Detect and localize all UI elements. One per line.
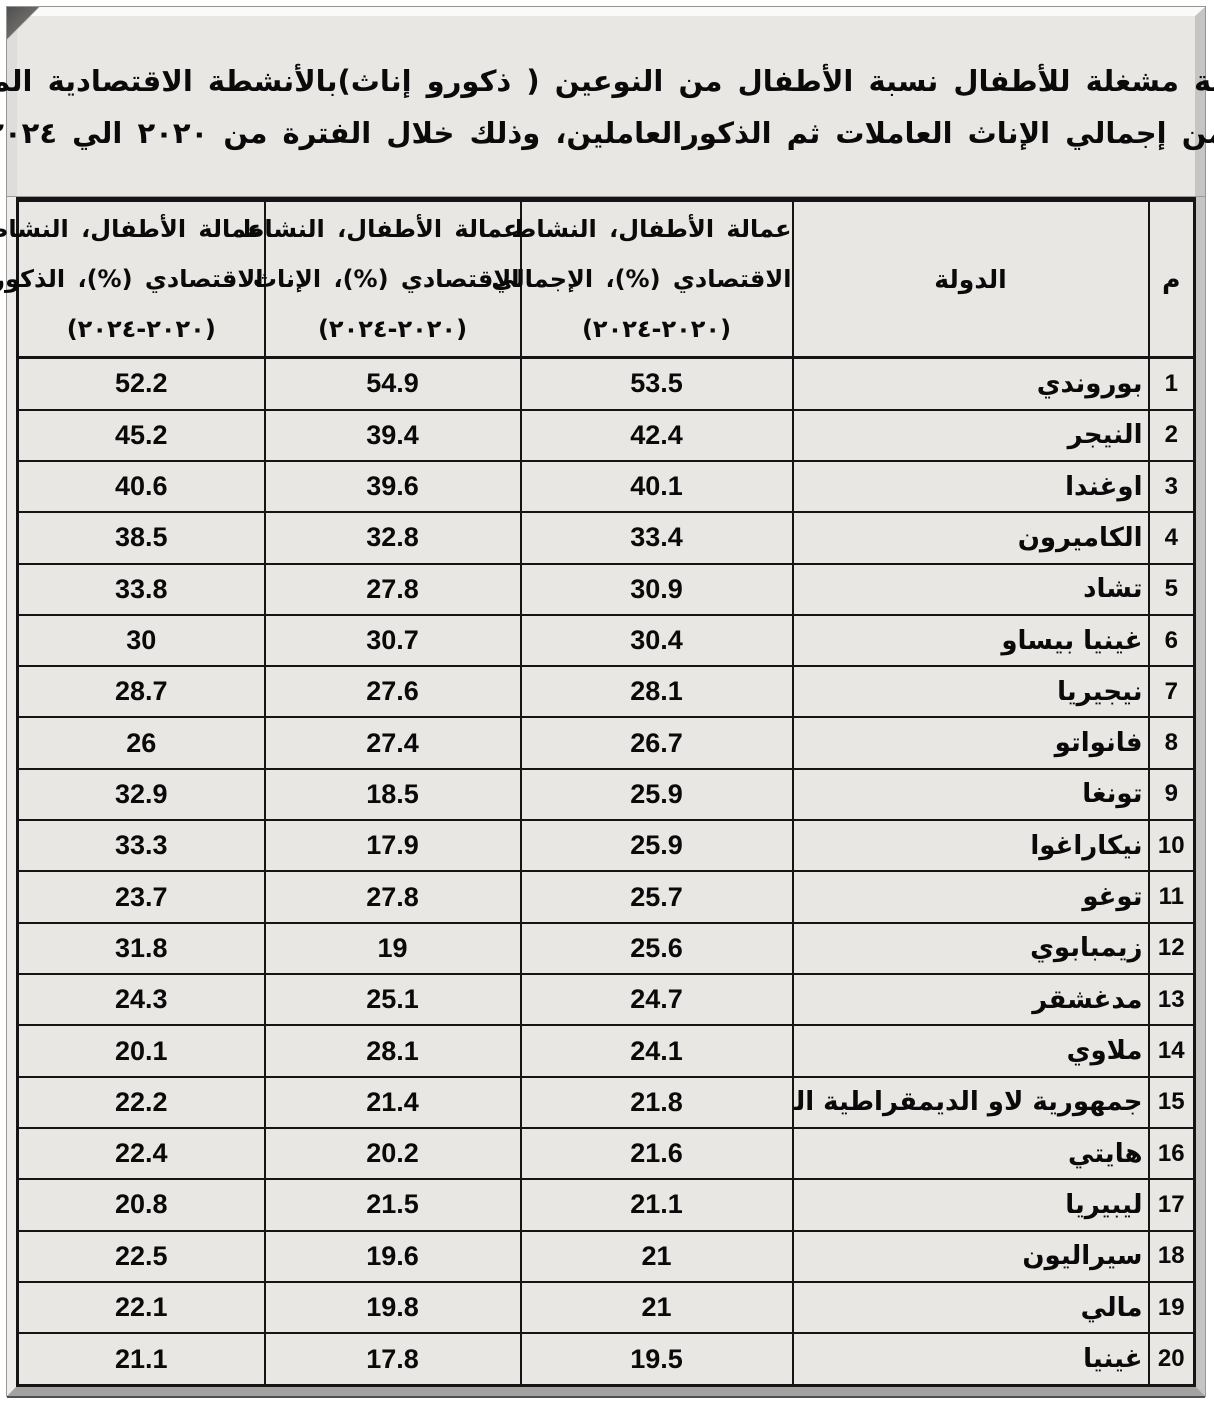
- header-male: عمالة الأطفال، النشاط الاقتصادي (%)، الذ…: [18, 200, 265, 358]
- male-value: 28.7: [18, 666, 265, 717]
- table-row: 3اوغندا40.139.640.6: [18, 461, 1195, 512]
- total-value: 19.5: [521, 1333, 793, 1385]
- female-value: 30.7: [265, 615, 521, 666]
- country-name: النيجر: [793, 410, 1149, 461]
- country-name: بوروندي: [793, 358, 1149, 410]
- male-value: 31.8: [18, 923, 265, 974]
- country-name: مدغشقر: [793, 974, 1149, 1025]
- female-value: 39.4: [265, 410, 521, 461]
- row-index: 15: [1149, 1077, 1195, 1128]
- female-value: 28.1: [265, 1025, 521, 1076]
- country-name: ليبيريا: [793, 1179, 1149, 1230]
- country-name: زيمبابوي: [793, 923, 1149, 974]
- header-female-line-1: عمالة الأطفال، النشاط: [266, 204, 520, 254]
- header-total: عمالة الأطفال، النشاط الاقتصادي (%)، الإ…: [521, 200, 793, 358]
- total-value: 21.6: [521, 1128, 793, 1179]
- header-male-line-2: الاقتصادي (%)، الذكور: [19, 254, 264, 304]
- country-name: مالي: [793, 1282, 1149, 1333]
- total-value: 21: [521, 1282, 793, 1333]
- male-value: 20.8: [18, 1179, 265, 1230]
- table-row: 2النيجر42.439.445.2: [18, 410, 1195, 461]
- table-row: 9تونغا25.918.532.9: [18, 769, 1195, 820]
- header-female-line-2: الاقتصادي (%)، الإناث: [266, 254, 520, 304]
- table-row: 15جمهورية لاو الديمقراطية الشعبية21.821.…: [18, 1077, 1195, 1128]
- female-value: 21.4: [265, 1077, 521, 1128]
- table-row: 8فانواتو26.727.426: [18, 717, 1195, 768]
- female-value: 17.9: [265, 820, 521, 871]
- male-value: 22.2: [18, 1077, 265, 1128]
- total-value: 25.6: [521, 923, 793, 974]
- total-value: 21.8: [521, 1077, 793, 1128]
- table-panel: م الدولة عمالة الأطفال، النشاط الاقتصادي…: [7, 197, 1205, 1396]
- row-index: 3: [1149, 461, 1195, 512]
- row-index: 19: [1149, 1282, 1195, 1333]
- male-value: 26: [18, 717, 265, 768]
- male-value: 20.1: [18, 1025, 265, 1076]
- total-value: 26.7: [521, 717, 793, 768]
- row-index: 9: [1149, 769, 1195, 820]
- male-value: 23.7: [18, 871, 265, 922]
- female-value: 27.8: [265, 564, 521, 615]
- total-value: 30.9: [521, 564, 793, 615]
- total-value: 42.4: [521, 410, 793, 461]
- male-value: 22.1: [18, 1282, 265, 1333]
- row-index: 1: [1149, 358, 1195, 410]
- row-index: 2: [1149, 410, 1195, 461]
- country-name: توغو: [793, 871, 1149, 922]
- row-index: 17: [1149, 1179, 1195, 1230]
- female-value: 32.8: [265, 512, 521, 563]
- country-name: نيكاراغوا: [793, 820, 1149, 871]
- header-row: م الدولة عمالة الأطفال، النشاط الاقتصادي…: [18, 200, 1195, 358]
- female-value: 18.5: [265, 769, 521, 820]
- total-value: 21: [521, 1231, 793, 1282]
- header-total-line-1: عمالة الأطفال، النشاط: [522, 204, 792, 254]
- table-row: 7نيجيريا28.127.628.7: [18, 666, 1195, 717]
- country-name: الكاميرون: [793, 512, 1149, 563]
- table-row: 13مدغشقر24.725.124.3: [18, 974, 1195, 1025]
- row-index: 4: [1149, 512, 1195, 563]
- male-value: 33.3: [18, 820, 265, 871]
- total-value: 24.1: [521, 1025, 793, 1076]
- female-value: 21.5: [265, 1179, 521, 1230]
- row-index: 12: [1149, 923, 1195, 974]
- female-value: 27.8: [265, 871, 521, 922]
- female-value: 19.8: [265, 1282, 521, 1333]
- table-row: 19مالي2119.822.1: [18, 1282, 1195, 1333]
- female-value: 17.8: [265, 1333, 521, 1385]
- row-index: 11: [1149, 871, 1195, 922]
- header-total-line-2: الاقتصادي (%)، الإجمالي: [522, 254, 792, 304]
- male-value: 40.6: [18, 461, 265, 512]
- male-value: 30: [18, 615, 265, 666]
- title-line-1: أكبر ٢٠ دولة مشغلة للأطفال نسبة الأطفال …: [0, 63, 1214, 99]
- header-index: م: [1149, 200, 1195, 358]
- table-row: 1بوروندي53.554.952.2: [18, 358, 1195, 410]
- female-value: 19: [265, 923, 521, 974]
- total-value: 24.7: [521, 974, 793, 1025]
- country-name: جمهورية لاو الديمقراطية الشعبية: [793, 1077, 1149, 1128]
- row-index: 10: [1149, 820, 1195, 871]
- country-name: اوغندا: [793, 461, 1149, 512]
- female-value: 27.6: [265, 666, 521, 717]
- female-value: 25.1: [265, 974, 521, 1025]
- header-male-line-1: عمالة الأطفال، النشاط: [19, 204, 264, 254]
- male-value: 32.9: [18, 769, 265, 820]
- table-row: 18سيراليون2119.622.5: [18, 1231, 1195, 1282]
- country-name: غينيا: [793, 1333, 1149, 1385]
- table-row: 11توغو25.727.823.7: [18, 871, 1195, 922]
- male-value: 22.4: [18, 1128, 265, 1179]
- country-name: تشاد: [793, 564, 1149, 615]
- row-index: 13: [1149, 974, 1195, 1025]
- country-name: ملاوي: [793, 1025, 1149, 1076]
- country-name: فانواتو: [793, 717, 1149, 768]
- table-row: 6غينيا بيساو30.430.730: [18, 615, 1195, 666]
- table-row: 20غينيا19.517.821.1: [18, 1333, 1195, 1385]
- female-value: 20.2: [265, 1128, 521, 1179]
- table-row: 17ليبيريا21.121.520.8: [18, 1179, 1195, 1230]
- table-row: 5تشاد30.927.833.8: [18, 564, 1195, 615]
- row-index: 20: [1149, 1333, 1195, 1385]
- table-row: 16هايتي21.620.222.4: [18, 1128, 1195, 1179]
- total-value: 53.5: [521, 358, 793, 410]
- female-value: 19.6: [265, 1231, 521, 1282]
- header-total-line-3: (٢٠٢٠-٢٠٢٤): [522, 304, 792, 354]
- header-index-label: م: [1162, 265, 1180, 294]
- male-value: 52.2: [18, 358, 265, 410]
- header-country: الدولة: [793, 200, 1149, 358]
- total-value: 25.9: [521, 769, 793, 820]
- female-value: 54.9: [265, 358, 521, 410]
- male-value: 21.1: [18, 1333, 265, 1385]
- row-index: 5: [1149, 564, 1195, 615]
- title-panel: أكبر ٢٠ دولة مشغلة للأطفال نسبة الأطفال …: [7, 7, 1205, 206]
- row-index: 7: [1149, 666, 1195, 717]
- row-index: 16: [1149, 1128, 1195, 1179]
- header-female: عمالة الأطفال، النشاط الاقتصادي (%)، الإ…: [265, 200, 521, 358]
- page: أكبر ٢٠ دولة مشغلة للأطفال نسبة الأطفال …: [0, 0, 1214, 1405]
- row-index: 6: [1149, 615, 1195, 666]
- male-value: 45.2: [18, 410, 265, 461]
- total-value: 25.9: [521, 820, 793, 871]
- table-row: 4الكاميرون33.432.838.5: [18, 512, 1195, 563]
- female-value: 39.6: [265, 461, 521, 512]
- row-index: 8: [1149, 717, 1195, 768]
- row-index: 14: [1149, 1025, 1195, 1076]
- male-value: 33.8: [18, 564, 265, 615]
- country-name: هايتي: [793, 1128, 1149, 1179]
- table-row: 10نيكاراغوا25.917.933.3: [18, 820, 1195, 871]
- table-row: 12زيمبابوي25.61931.8: [18, 923, 1195, 974]
- data-table: م الدولة عمالة الأطفال، النشاط الاقتصادي…: [16, 197, 1196, 1387]
- header-female-line-3: (٢٠٢٠-٢٠٢٤): [266, 304, 520, 354]
- row-index: 18: [1149, 1231, 1195, 1282]
- title-line-2: من إجمالي الإناث العاملات ثم الذكورالعام…: [0, 115, 1214, 151]
- table-body: 1بوروندي53.554.952.22النيجر42.439.445.23…: [18, 358, 1195, 1386]
- header-male-line-3: (٢٠٢٠-٢٠٢٤): [19, 304, 264, 354]
- female-value: 27.4: [265, 717, 521, 768]
- header-country-label: الدولة: [934, 265, 1007, 294]
- total-value: 30.4: [521, 615, 793, 666]
- country-name: تونغا: [793, 769, 1149, 820]
- total-value: 25.7: [521, 871, 793, 922]
- total-value: 33.4: [521, 512, 793, 563]
- table-row: 14ملاوي24.128.120.1: [18, 1025, 1195, 1076]
- male-value: 38.5: [18, 512, 265, 563]
- male-value: 22.5: [18, 1231, 265, 1282]
- country-name: نيجيريا: [793, 666, 1149, 717]
- total-value: 28.1: [521, 666, 793, 717]
- male-value: 24.3: [18, 974, 265, 1025]
- country-name: سيراليون: [793, 1231, 1149, 1282]
- country-name: غينيا بيساو: [793, 615, 1149, 666]
- total-value: 21.1: [521, 1179, 793, 1230]
- total-value: 40.1: [521, 461, 793, 512]
